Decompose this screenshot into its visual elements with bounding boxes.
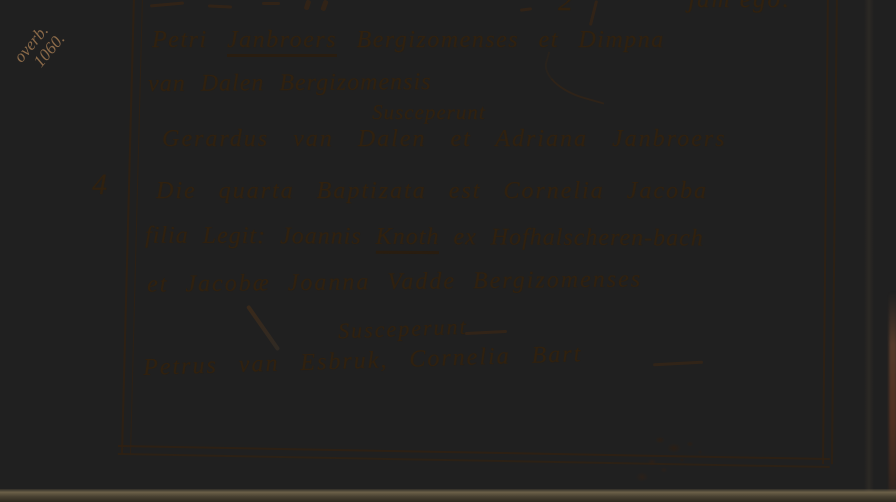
entry-line-parents: Petri Janbroers Bergizomenses et Dimpna — [152, 27, 665, 54]
entry-line-mother: et Jacobæ Joanna Vadde Bergizomenses — [147, 266, 642, 298]
stray-pen-stroke — [246, 305, 280, 352]
page-bottom-edge — [0, 489, 896, 502]
entry-line-baptism: Die quarta Baptizata est Cornelia Jacoba — [156, 178, 708, 205]
ink-fragment — [589, 0, 598, 26]
ink-fragment — [520, 7, 532, 12]
manuscript-page: overb. 1060. 2 jam ego: Petri Janbroers … — [0, 0, 896, 502]
susceperunt-heading: Susceperunt — [338, 314, 468, 345]
pen-dash — [465, 330, 507, 335]
underlined-surname: Knoth — [376, 224, 440, 254]
ink-fragment — [320, 0, 328, 12]
entry-line-father: filia Legit: Joannis Knoth ex Hofhalsche… — [145, 223, 704, 253]
entry-line-sponsors: Gerardus van Dalen et Adriana Janbroers — [162, 126, 726, 153]
cropped-line-numeral: 2 — [558, 0, 573, 18]
underlined-surname: Janbroers — [227, 27, 337, 57]
frame-bottom-border — [118, 445, 830, 468]
entry-line-parents-2: van Dalen Bergizomensis — [148, 69, 432, 98]
margin-day-number: 4 — [92, 168, 107, 202]
ink-fragment — [262, 2, 280, 5]
entry-text: Petri — [152, 27, 227, 53]
pen-dash — [653, 361, 703, 366]
pen-flourish — [538, 51, 613, 104]
ink-fragment — [150, 2, 184, 8]
frame-right-border — [822, 0, 838, 464]
frame-left-border — [121, 0, 143, 454]
entry-text: filia Legit: Joannis — [145, 223, 376, 250]
margin-annotation: overb. 1060. — [11, 18, 69, 77]
entry-text: Bergizomenses et Dimpna — [337, 27, 665, 53]
paper-crease — [864, 0, 874, 502]
ink-fragment — [208, 4, 232, 8]
cropped-line-text: jam ego: — [688, 0, 792, 14]
susceperunt-heading: Susceperunt — [372, 100, 486, 125]
page-edge-stain — [889, 292, 896, 502]
entry-text: ex Hofhalscheren-bach — [439, 224, 704, 251]
entry-line-sponsors: Petrus van Esbruk, Cornelia Bart — [143, 341, 583, 382]
ink-fragment — [304, 0, 312, 11]
